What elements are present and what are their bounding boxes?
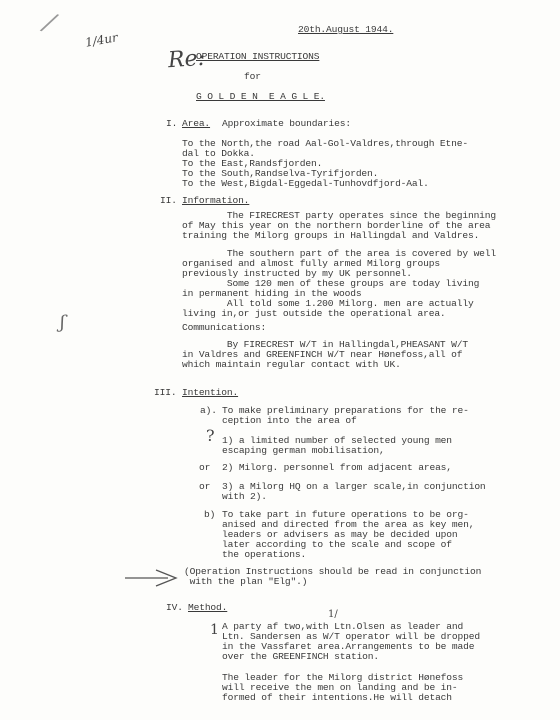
- handwritten-question-mark: ?: [206, 426, 215, 445]
- communications-line: which maintain regular contact with UK.: [182, 360, 401, 371]
- section-information-number: II.: [160, 196, 177, 207]
- intention-a-label: a).: [200, 406, 217, 417]
- section-area-intro: Approximate boundaries:: [222, 119, 351, 130]
- section-information-title: Information.: [182, 196, 249, 207]
- intention-option-3-line: with 2).: [222, 492, 267, 503]
- section-intention-number: III.: [154, 388, 176, 399]
- document-date: 20th.August 1944.: [298, 25, 393, 36]
- method-para2-line: formed of their intentions.He will detac…: [222, 693, 452, 704]
- margin-bracket-mark: ʃ: [60, 312, 65, 333]
- intention-option-2-line: 2) Milorg. personnel from adjacent areas…: [222, 463, 452, 474]
- information-para2-line: living in,or just outside the operationa…: [182, 309, 446, 320]
- section-area-number: I.: [166, 119, 177, 130]
- intention-option-3-prefix: or: [199, 482, 210, 493]
- operation-name: G O L D E N E A G L E.: [196, 92, 325, 103]
- handwritten-footnote-mark: 1/: [328, 609, 338, 620]
- intention-option-1-line: escaping german mobilisation,: [222, 446, 385, 457]
- intention-option-2-prefix: or: [199, 463, 210, 474]
- communications-label: Communications:: [182, 323, 266, 334]
- section-intention-title: Intention.: [182, 388, 238, 399]
- handwritten-margin-note: 1/4ur: [84, 30, 119, 49]
- area-line: To the West,Bigdal-Eggedal-Tunhovdfjord-…: [182, 179, 429, 190]
- intention-b-label: b): [204, 510, 215, 521]
- section-area-title: Area.: [182, 119, 210, 130]
- margin-slash-mark: /: [40, 7, 58, 38]
- section-method-title: Method.: [188, 603, 227, 614]
- method-para1-line: over the GREENFINCH station.: [222, 652, 379, 663]
- intention-note-line: with the plan "Elg".): [184, 577, 307, 588]
- handwritten-numeral: 1: [210, 622, 219, 638]
- subject-for: for: [244, 72, 261, 83]
- document-subject: OPERATION INSTRUCTIONS: [196, 52, 319, 63]
- intention-b-line: the operations.: [222, 550, 306, 561]
- handwritten-arrow-icon: [120, 566, 180, 590]
- intention-a-line: ception into the area of: [222, 416, 357, 427]
- section-method-number: IV.: [166, 603, 183, 614]
- information-para1-line: training the Milorg groups in Hallingdal…: [182, 231, 479, 242]
